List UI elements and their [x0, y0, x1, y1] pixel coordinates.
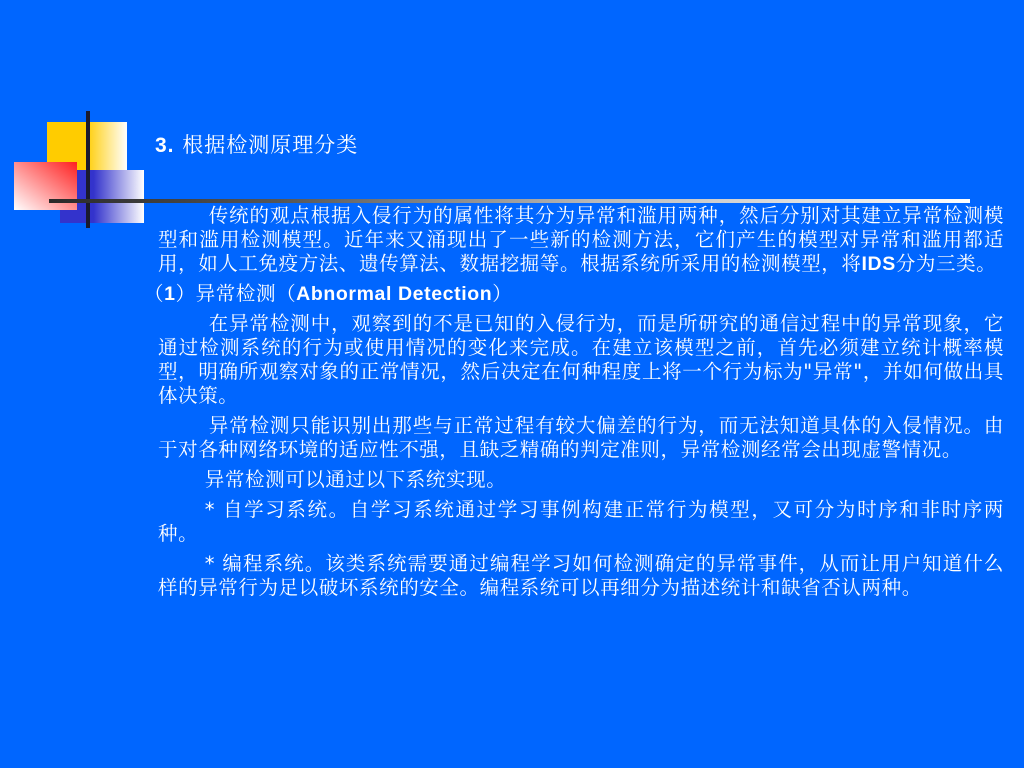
- intro-text-end: 分为三类。: [896, 252, 997, 275]
- logo-vertical-line: [86, 111, 90, 228]
- paragraph-anomaly-limitations: 异常检测只能识别出那些与正常过程有较大偏差的行为，而无法知道具体的入侵情况。由于…: [158, 414, 1004, 462]
- title-text: 根据检测原理分类: [182, 133, 358, 157]
- heading-number: 1: [164, 283, 175, 305]
- ids-term: IDS: [862, 253, 896, 275]
- slide-title: 3. 根据检测原理分类: [155, 130, 358, 161]
- title-underline-divider: [49, 199, 970, 203]
- paragraph-implementation-intro: 异常检测可以通过以下系统实现。: [158, 468, 1004, 492]
- heading-paren-open: （: [144, 282, 164, 305]
- list-item-self-learning: * 自学习系统。自学习系统通过学习事例构建正常行为模型，又可分为时序和非时序两种…: [158, 498, 1004, 546]
- paragraph-anomaly-definition: 在异常检测中，观察到的不是已知的入侵行为，而是所研究的通信过程中的异常现象，它通…: [158, 312, 1004, 408]
- heading-chinese: ）异常检测（: [176, 282, 297, 305]
- heading-paren-close: ）: [492, 282, 512, 305]
- heading-english: Abnormal Detection: [296, 283, 492, 305]
- title-number: 3.: [155, 134, 175, 157]
- slide-body: 传统的观点根据入侵行为的属性将其分为异常和滥用两种，然后分别对其建立异常检测模型…: [158, 204, 1004, 606]
- section-heading-abnormal-detection: （1）异常检测（Abnormal Detection）: [144, 282, 1004, 306]
- intro-paragraph: 传统的观点根据入侵行为的属性将其分为异常和滥用两种，然后分别对其建立异常检测模型…: [158, 204, 1004, 276]
- list-item-programmed: * 编程系统。该类系统需要通过编程学习如何检测确定的异常事件，从而让用户知道什么…: [158, 552, 1004, 600]
